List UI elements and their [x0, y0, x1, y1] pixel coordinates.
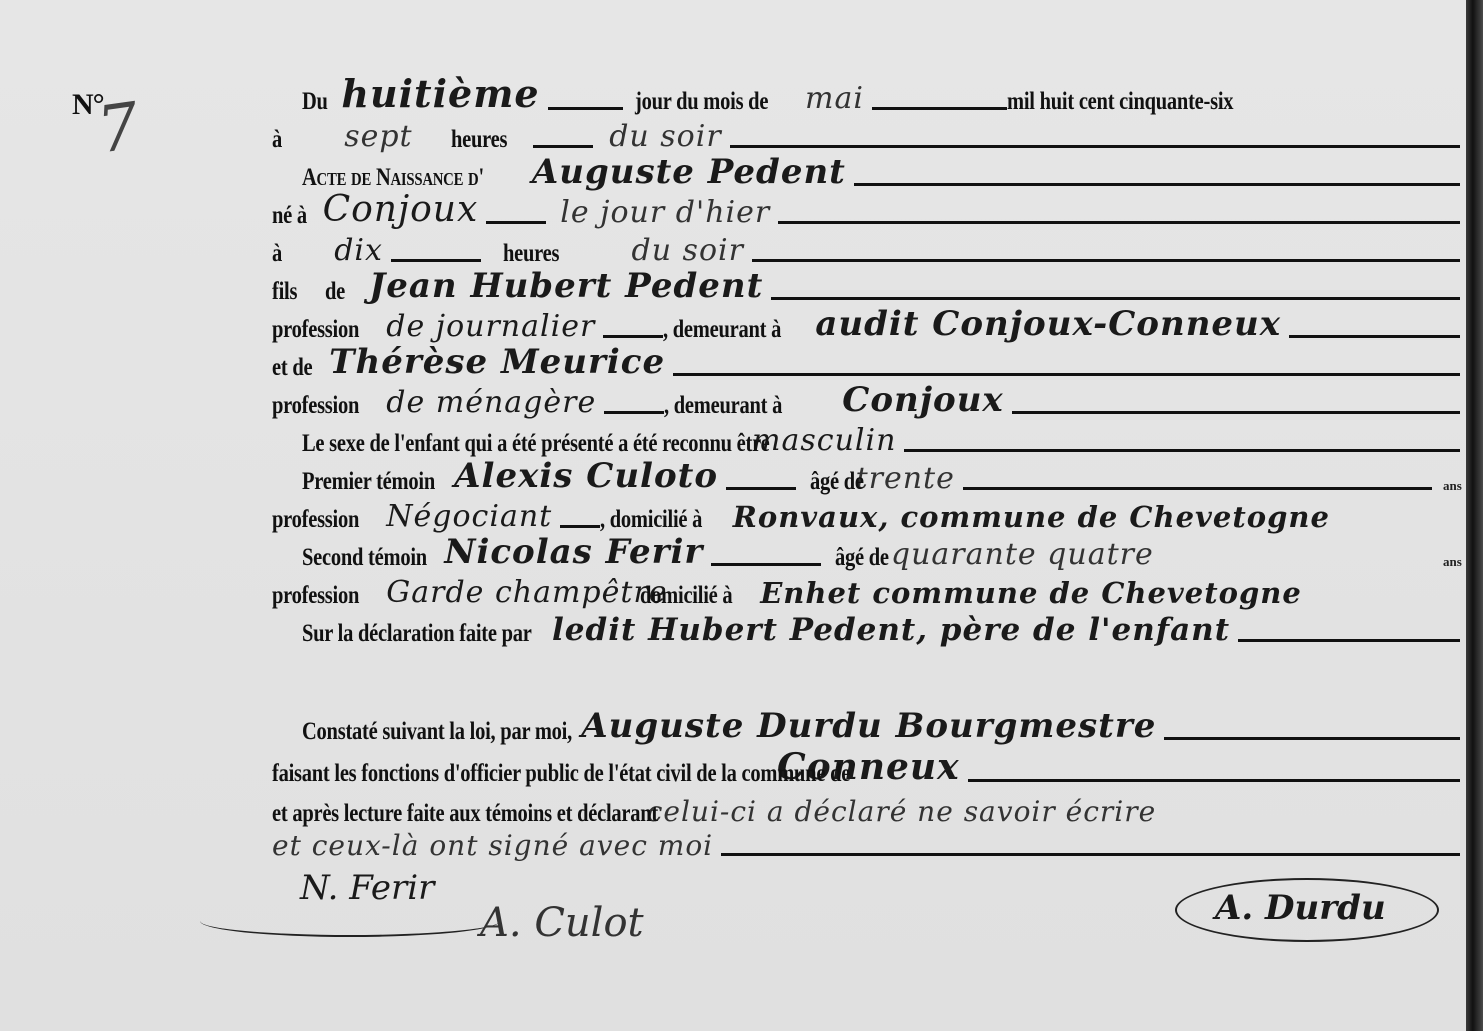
- label-sexe: Le sexe de l'enfant qui a été présenté a…: [302, 430, 769, 458]
- fill-line: [391, 259, 481, 262]
- field-birth-place: Conjoux: [323, 189, 479, 230]
- label-domicilie-a: , domicilié à: [600, 506, 702, 534]
- label-domicilie-a: domicilié à: [640, 582, 732, 610]
- field-note1: celui-ci a déclaré ne savoir écrire: [647, 795, 1157, 828]
- line-date: Du huitième jour du mois de mai mil huit…: [302, 80, 1462, 116]
- fill-line: [752, 259, 1460, 262]
- field-witness2-profession: Garde champêtre: [386, 575, 667, 610]
- fill-line: [771, 297, 1460, 300]
- line-signed: et ceux-là ont signé avec moi: [272, 826, 1460, 862]
- label-sur-la-declaration: Sur la déclaration faite par: [302, 620, 532, 648]
- label-ne-a: né à: [272, 202, 307, 230]
- line-sex: Le sexe de l'enfant qui a été présenté a…: [302, 422, 1460, 458]
- fill-line: [904, 449, 1460, 452]
- field-declarant: ledit Hubert Pedent, père de l'enfant: [552, 612, 1230, 648]
- fill-line: [872, 107, 1007, 110]
- field-officer: Auguste Durdu Bourgmestre: [581, 706, 1156, 746]
- label-fils: fils: [272, 278, 297, 306]
- line-father: fils de Jean Hubert Pedent: [272, 270, 1460, 306]
- label-a: à: [272, 126, 282, 154]
- field-birth-hour: dix: [334, 233, 383, 268]
- field-day: huitième: [341, 71, 539, 116]
- label-second-temoin: Second témoin: [302, 544, 427, 572]
- label-acte-de-naissance: Acte de Naissance d': [302, 164, 484, 192]
- field-mother-name: Thérèse Meurice: [329, 342, 665, 382]
- field-father-residence: audit Conjoux-Conneux: [815, 304, 1281, 344]
- label-ans: ans: [1443, 554, 1462, 570]
- field-month: mai: [805, 81, 864, 116]
- label-profession: profession: [272, 582, 359, 610]
- field-mother-profession: de ménagère: [386, 385, 596, 420]
- field-witness1-residence: Ronvaux, commune de Chevetogne: [733, 500, 1330, 534]
- label-a: à: [272, 240, 282, 268]
- scan-edge: [1466, 0, 1483, 1031]
- field-birth-day: le jour d'hier: [560, 195, 770, 230]
- line-father-profession: profession de journalier , demeurant à a…: [272, 308, 1460, 344]
- line-commune: faisant les fonctions d'officier public …: [272, 752, 1460, 788]
- fill-line: [604, 411, 664, 414]
- fill-line: [854, 183, 1460, 186]
- field-witness1-profession: Négociant: [386, 499, 552, 534]
- field-witness2-residence: Enhet commune de Chevetogne: [760, 576, 1302, 610]
- line-witness2-profession: profession Garde champêtre domicilié à E…: [272, 574, 1460, 610]
- field-du-soir: du soir: [632, 233, 744, 268]
- fill-line: [778, 221, 1460, 224]
- fill-line: [721, 853, 1460, 856]
- field-father-name: Jean Hubert Pedent: [369, 266, 763, 306]
- fill-line: [1012, 411, 1460, 414]
- field-du-soir: du soir: [609, 119, 721, 154]
- label-du: Du: [302, 88, 328, 116]
- label-profession: profession: [272, 506, 359, 534]
- fill-line: [1164, 737, 1460, 740]
- label-et-de: et de: [272, 354, 312, 382]
- label-profession: profession: [272, 392, 359, 420]
- line-witness2: Second témoin Nicolas Ferir âgé de quara…: [302, 536, 1432, 572]
- label-premier-temoin: Premier témoin: [302, 468, 435, 496]
- field-hour: sept: [344, 119, 412, 154]
- label-apres-lecture: et après lecture faite aux témoins et dé…: [272, 800, 658, 828]
- label-jour-du-mois: jour du mois de: [635, 88, 768, 116]
- field-witness1-name: Alexis Culoto: [454, 456, 718, 496]
- label-age-de: âgé de: [810, 468, 864, 496]
- field-father-profession: de journalier: [386, 309, 595, 344]
- fill-line: [560, 525, 600, 528]
- fill-line: [968, 779, 1460, 782]
- fill-line: [1289, 335, 1460, 338]
- record-number-handwritten: 7: [93, 90, 144, 169]
- birth-certificate-page: N° 7 Du huitième jour du mois de mai mil…: [0, 0, 1466, 1031]
- label-ans: ans: [1443, 478, 1462, 494]
- line-witness1-profession: profession Négociant , domicilié à Ronva…: [272, 498, 1460, 534]
- signature-witness1: A. Culot: [480, 900, 644, 946]
- line-birth-hour: à dix heures du soir: [272, 232, 1460, 268]
- field-sex: masculin: [752, 423, 896, 458]
- label-faisant-les-fonctions: faisant les fonctions d'officier public …: [272, 760, 850, 788]
- label-de: de: [325, 278, 345, 306]
- label-heures: heures: [503, 240, 559, 268]
- line-witness1: Premier témoin Alexis Culoto âgé de tren…: [302, 460, 1432, 496]
- field-witness2-age: quarante quatre: [891, 537, 1154, 572]
- line-birth-place: né à Conjoux le jour d'hier: [272, 194, 1460, 230]
- label-demeurant-a: , demeurant à: [663, 316, 781, 344]
- field-note2: et ceux-là ont signé avec moi: [272, 829, 713, 862]
- fill-line: [963, 487, 1432, 490]
- fill-line: [711, 563, 821, 566]
- line-declarant: Sur la déclaration faite par ledit Huber…: [302, 612, 1460, 648]
- field-mother-residence: Conjoux: [842, 380, 1003, 420]
- line-hour: à sept heures du soir: [272, 118, 1460, 154]
- signature-witness2: N. Ferir: [300, 868, 434, 908]
- signature-flourish: [200, 905, 500, 937]
- fill-line: [486, 221, 546, 224]
- label-year: mil huit cent cinquante-six: [1007, 88, 1233, 116]
- fill-line: [673, 373, 1460, 376]
- line-reading: et après lecture faite aux témoins et dé…: [272, 792, 1460, 828]
- fill-line: [726, 487, 796, 490]
- label-heures: heures: [451, 126, 507, 154]
- field-witness2-name: Nicolas Ferir: [444, 532, 703, 572]
- label-age-de: âgé de: [835, 544, 889, 572]
- label-demeurant-a: , demeurant à: [664, 392, 782, 420]
- label-constate: Constaté suivant la loi, par moi,: [302, 718, 572, 746]
- field-child-name: Auguste Pedent: [532, 152, 846, 192]
- line-mother-profession: profession de ménagère , demeurant à Con…: [272, 384, 1460, 420]
- fill-line: [730, 145, 1460, 148]
- line-mother: et de Thérèse Meurice: [272, 346, 1460, 382]
- label-profession: profession: [272, 316, 359, 344]
- field-witness1-age: trente: [856, 461, 955, 496]
- line-officer: Constaté suivant la loi, par moi, August…: [302, 710, 1460, 746]
- fill-line: [533, 145, 593, 148]
- fill-line: [1238, 639, 1460, 642]
- fill-line: [603, 335, 663, 338]
- fill-line: [548, 107, 623, 110]
- signature-officer: A. Durdu: [1215, 888, 1386, 928]
- line-acte: Acte de Naissance d' Auguste Pedent: [302, 156, 1460, 192]
